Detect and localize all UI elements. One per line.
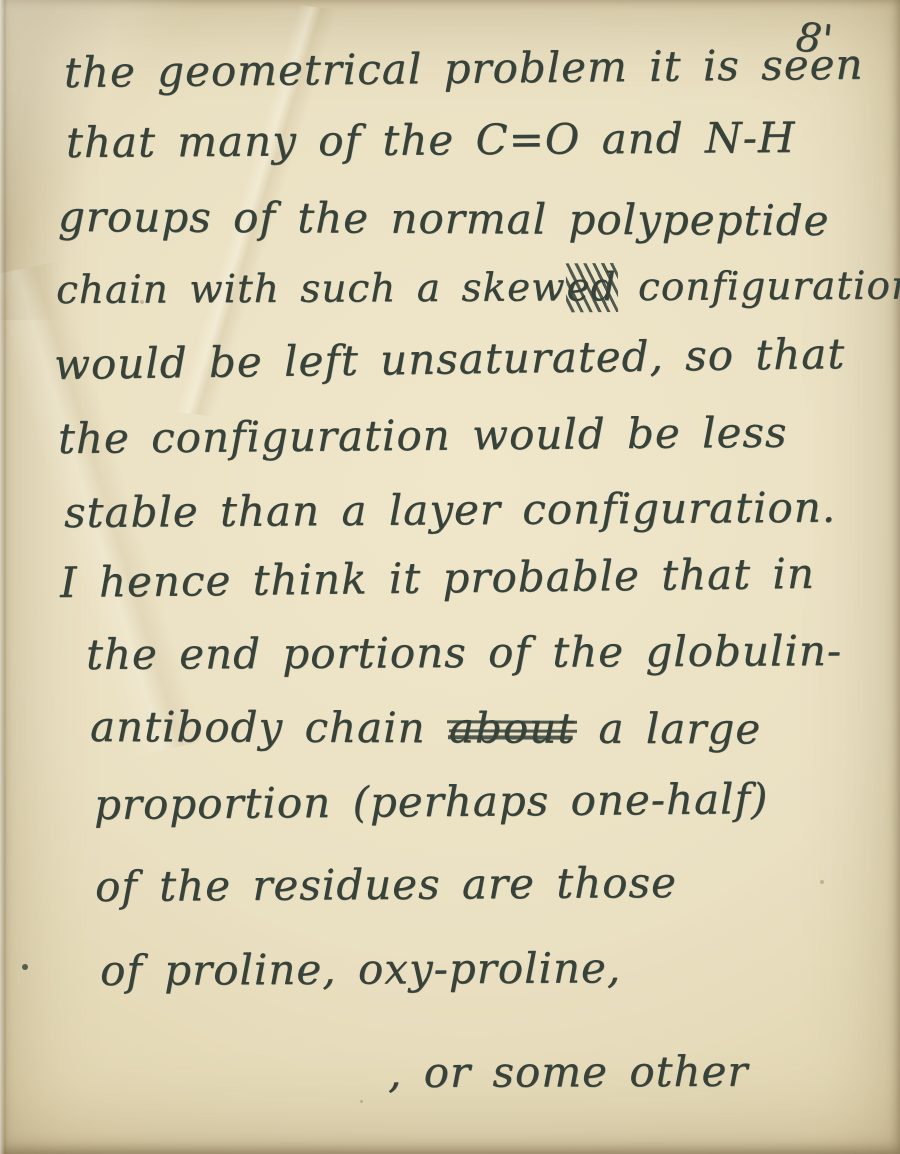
line-text: a large: [577, 704, 761, 754]
handwritten-line: that many of the C=O and N-H: [66, 113, 796, 167]
paper-speck: [360, 1100, 363, 1103]
ink-dot: [22, 964, 28, 970]
line-text: the end portions of the globulin-: [86, 626, 842, 679]
handwritten-line: I hence think it probable that in: [60, 549, 815, 607]
manuscript-page: 8' the geometrical problem it is seen th…: [0, 0, 900, 1154]
line-text: configuration: [617, 263, 900, 310]
paper-speck: [690, 520, 693, 523]
handwritten-line: of the residues are those: [95, 858, 677, 911]
handwritten-line: proportion (perhaps one-half): [94, 774, 769, 829]
handwritten-line: , or some other: [388, 1047, 749, 1097]
line-text: groups of the normal polypeptide: [58, 192, 830, 245]
line-text: that many of the C=O and N-H: [66, 113, 796, 167]
handwritten-line: the end portions of the globulin-: [86, 626, 842, 679]
line-text: antibody chain: [90, 702, 447, 752]
struck-through-word: about: [447, 703, 577, 752]
handwritten-line: stable than a layer configuration.: [64, 483, 836, 537]
scribbled-out-word: ed: [565, 263, 617, 312]
handwritten-line: antibody chain about a large: [90, 702, 761, 753]
handwritten-line: chain with such a skewed configuration: [56, 261, 900, 315]
paper-speck: [820, 880, 824, 884]
paper-edge: [0, 0, 7, 1154]
line-text: stable than a layer configuration.: [64, 483, 836, 537]
handwritten-line: of proline, oxy-proline,: [100, 943, 621, 995]
line-text: the geometrical problem it is seen: [64, 40, 864, 97]
handwritten-line: the geometrical problem it is seen: [64, 40, 864, 97]
line-text: I hence think it probable that in: [60, 549, 815, 607]
paper-speck: [140, 300, 144, 304]
line-text: would be left unsaturated, so that: [54, 329, 846, 389]
line-text: of proline, oxy-proline,: [100, 943, 621, 995]
handwritten-line: the configuration would be less: [58, 408, 788, 463]
line-text: of the residues are those: [95, 858, 677, 911]
line-text: chain with such a skew: [56, 265, 566, 313]
line-text: proportion (perhaps one-half): [94, 774, 769, 829]
handwritten-line: groups of the normal polypeptide: [58, 192, 830, 245]
line-text: , or some other: [388, 1047, 749, 1097]
line-text: the configuration would be less: [58, 408, 788, 463]
handwritten-line: would be left unsaturated, so that: [54, 329, 846, 389]
